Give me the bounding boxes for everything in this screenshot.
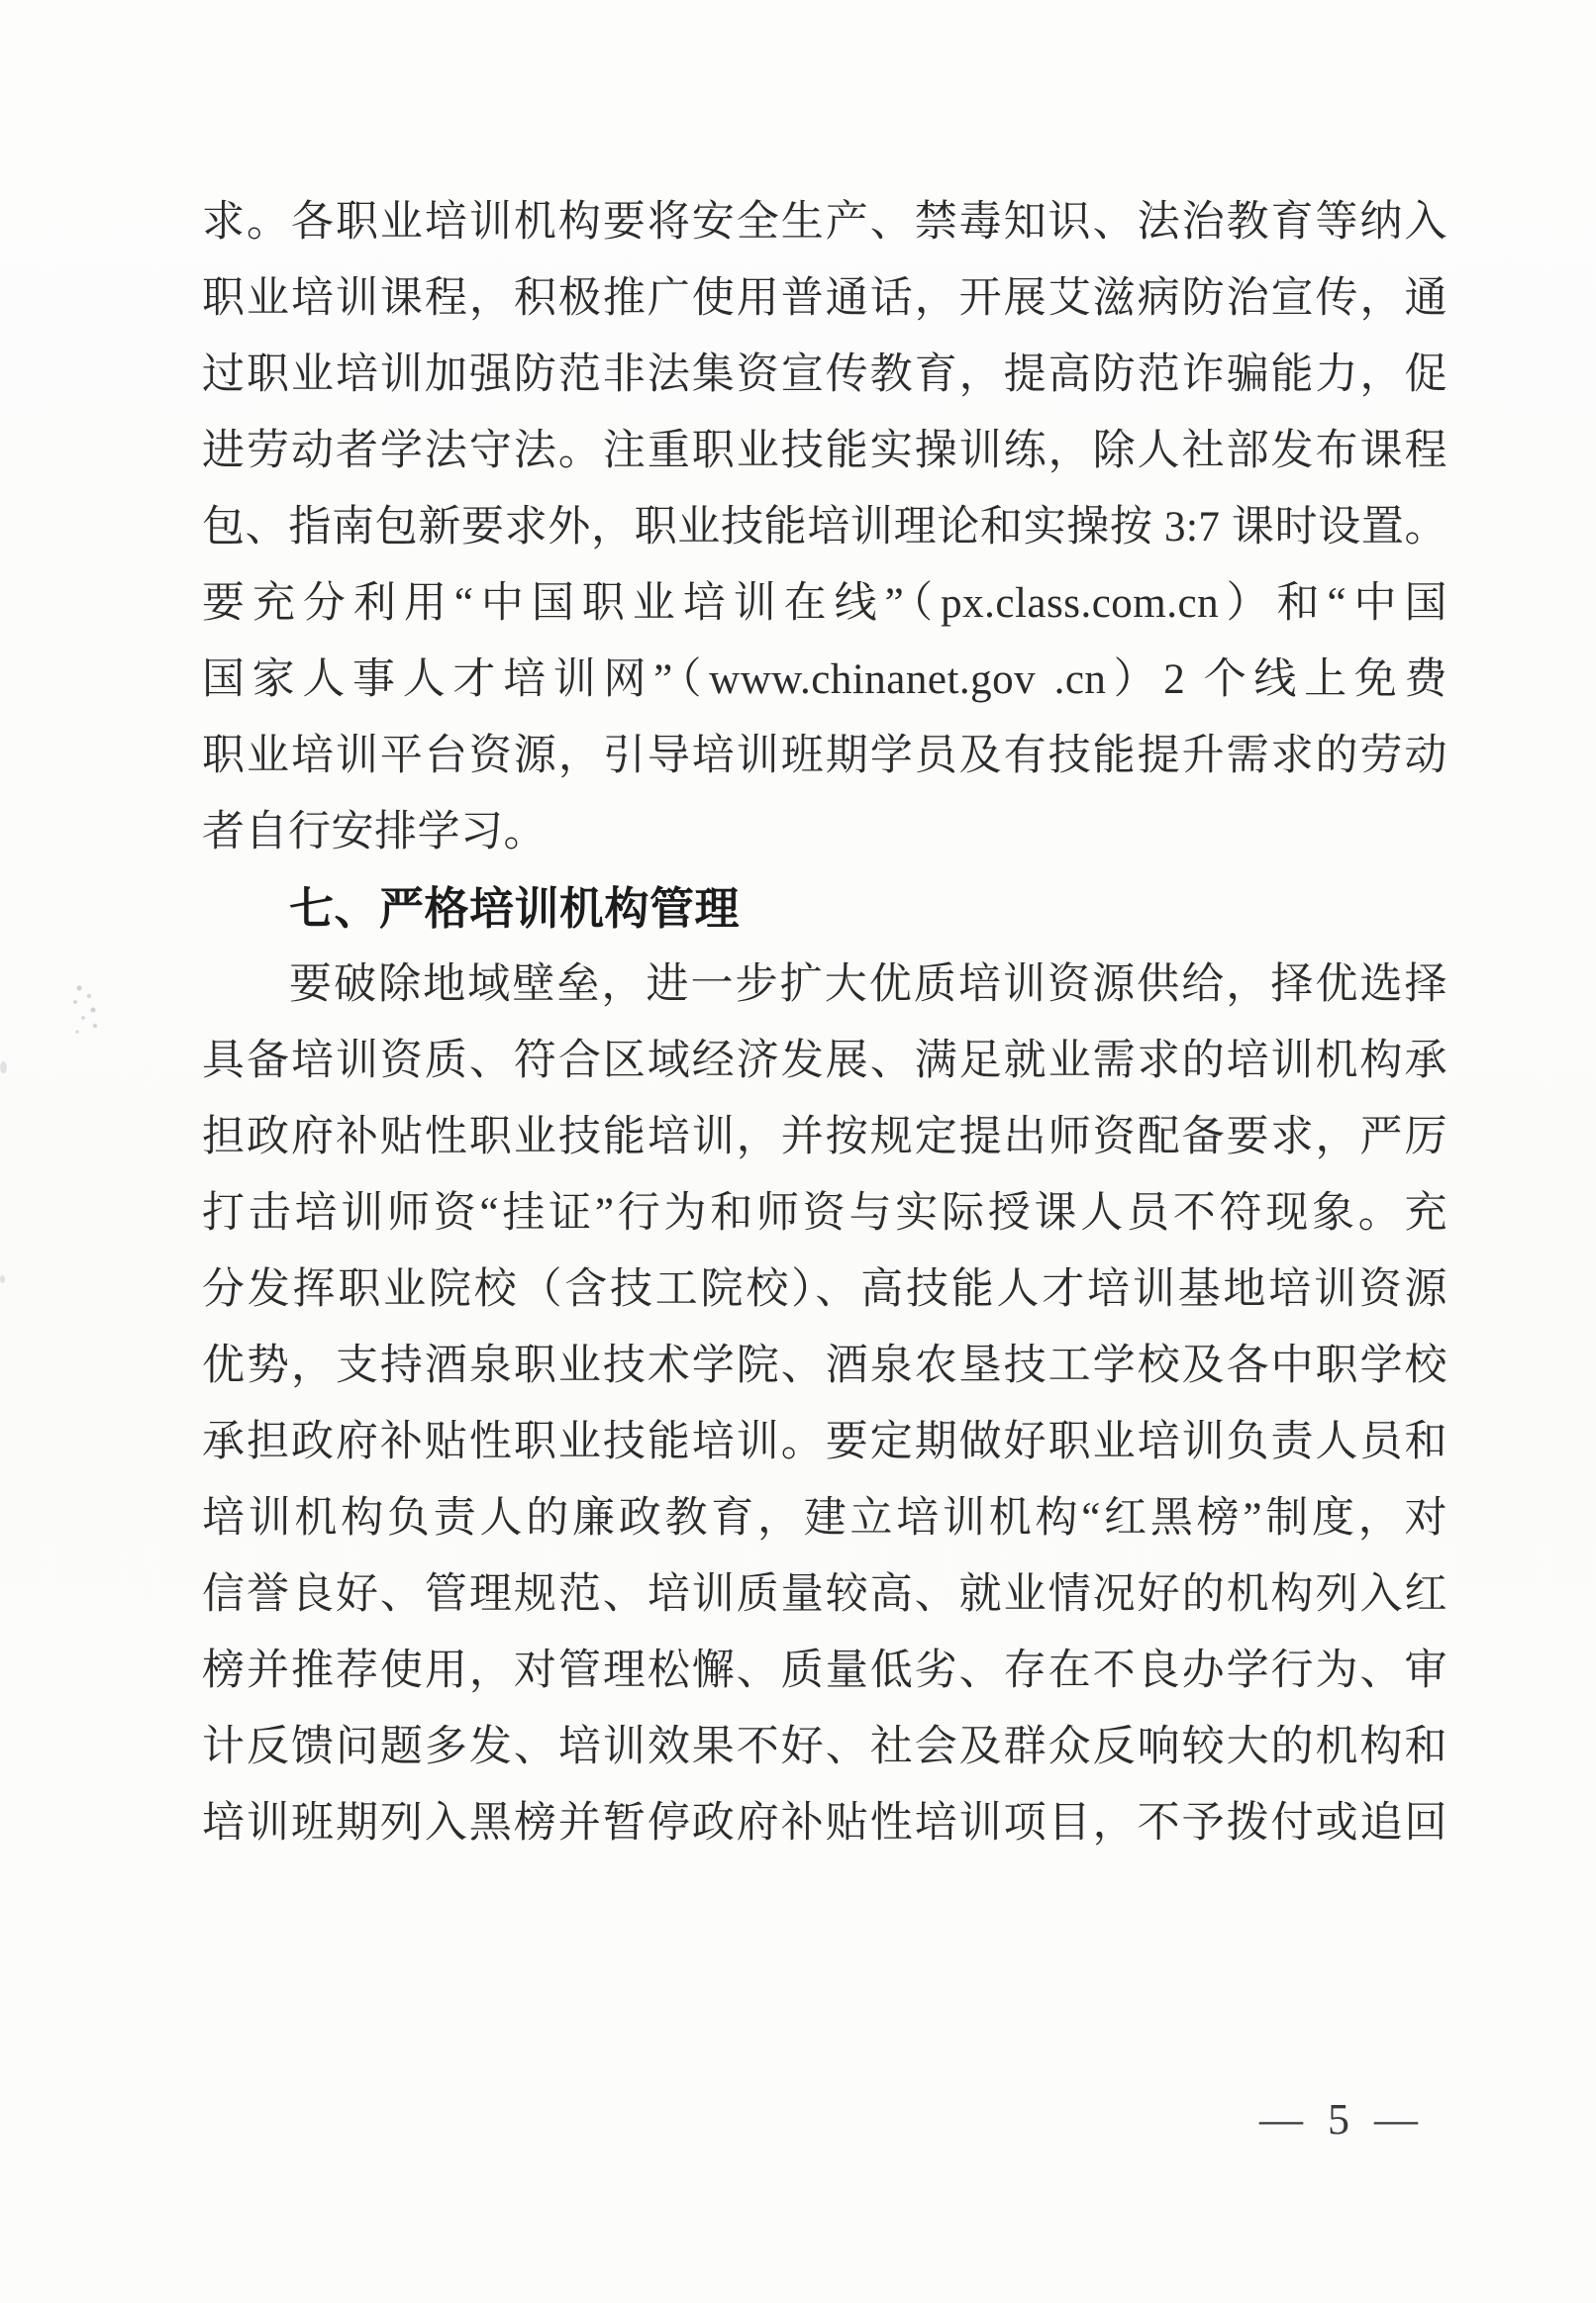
- text-line: 职业培训平台资源，引导培训班期学员及有技能提升需求的劳动: [202, 718, 1447, 794]
- text-line: 要充分利用“中国职业培训在线”（px.class.com.cn）和“中国: [202, 565, 1447, 642]
- page-footer: — 5 —: [1259, 2085, 1425, 2154]
- text-line: 进劳动者学法守法。注重职业技能实操训练，除人社部发布课程: [202, 413, 1447, 489]
- text-line: 者自行安排学习。: [202, 794, 1447, 870]
- text-line: 求。各职业培训机构要将安全生产、禁毒知识、法治教育等纳入: [202, 184, 1447, 260]
- text-line: 分发挥职业院校（含技工院校）、高技能人才培训基地培训资源: [202, 1252, 1447, 1328]
- scan-edge-artifact: [0, 1061, 7, 1073]
- text-line: 打击培训师资“挂证”行为和师资与实际授课人员不符现象。充: [202, 1175, 1447, 1252]
- text-line: 职业培训课程，积极推广使用普通话，开展艾滋病防治宣传，通: [202, 260, 1447, 337]
- section-heading: 七、严格培训机构管理: [202, 870, 1447, 947]
- text-line: 包、指南包新要求外，职业技能培训理论和实操按 3:7 课时设置。: [202, 489, 1447, 565]
- text-line: 承担政府补贴性职业技能培训。要定期做好职业培训负责人员和: [202, 1404, 1447, 1480]
- text-line: 优势，支持酒泉职业技术学院、酒泉农垦技工学校及各中职学校: [202, 1328, 1447, 1404]
- text-line: 培训班期列入黑榜并暂停政府补贴性培训项目，不予拨付或追回: [202, 1785, 1447, 1861]
- text-line: 担政府补贴性职业技能培训，并按规定提出师资配备要求，严厉: [202, 1099, 1447, 1175]
- document-body: 求。各职业培训机构要将安全生产、禁毒知识、法治教育等纳入 职业培训课程，积极推广…: [202, 184, 1447, 1861]
- page-number: — 5 —: [1259, 2095, 1425, 2144]
- text-line: 榜并推荐使用，对管理松懈、质量低劣、存在不良办学行为、审: [202, 1633, 1447, 1709]
- text-line: 计反馈问题多发、培训效果不好、社会及群众反响较大的机构和: [202, 1709, 1447, 1785]
- text-line: 要破除地域壁垒，进一步扩大优质培训资源供给，择优选择: [202, 947, 1447, 1023]
- text-line: 过职业培训加强防范非法集资宣传教育，提高防范诈骗能力，促: [202, 337, 1447, 413]
- text-line: 培训机构负责人的廉政教育，建立培训机构“红黑榜”制度，对: [202, 1480, 1447, 1556]
- text-line: 具备培训资质、符合区域经济发展、满足就业需求的培训机构承: [202, 1023, 1447, 1099]
- scan-edge-artifact: [0, 1275, 5, 1283]
- text-line: 国家人事人才培训网”（www.chinanet.gov .cn）2 个线上免费: [202, 642, 1447, 718]
- document-page: 求。各职业培训机构要将安全生产、禁毒知识、法治教育等纳入 职业培训课程，积极推广…: [0, 0, 1596, 2303]
- scan-smudge: [65, 976, 115, 1046]
- text-line: 信誉良好、管理规范、培训质量较高、就业情况好的机构列入红: [202, 1556, 1447, 1633]
